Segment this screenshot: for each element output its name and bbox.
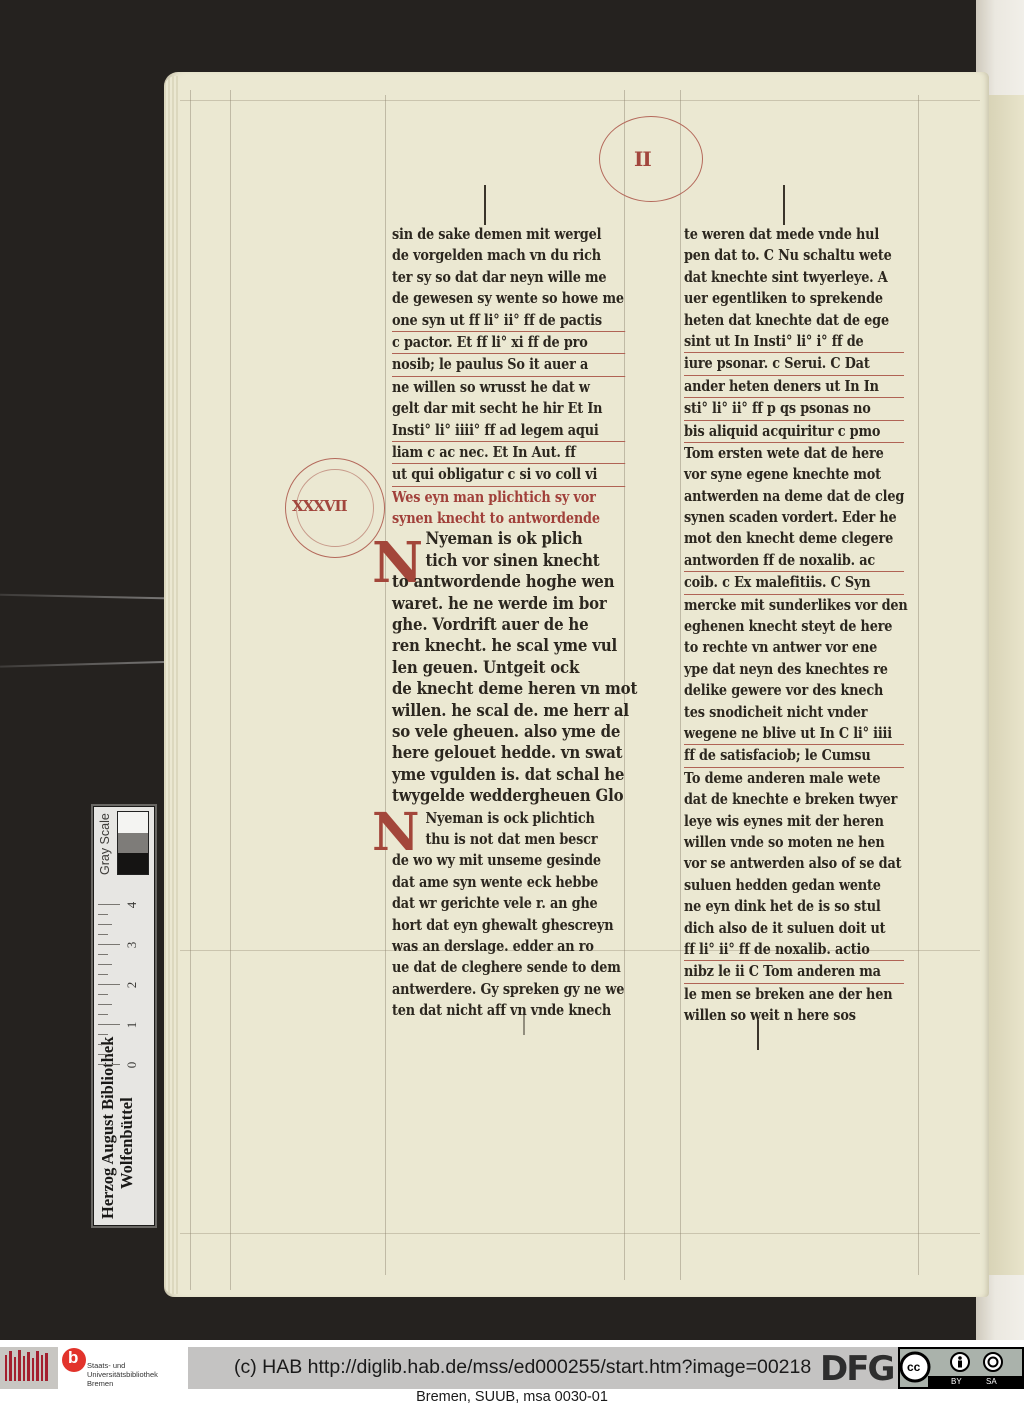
ascender-flourish — [484, 185, 486, 225]
text-line: pen dat to. C Nu schaltu wete — [684, 245, 904, 266]
ruler-ticks: 0 1 2 3 4 — [98, 865, 120, 1065]
folio-numeral: II — [634, 147, 651, 171]
color-target-ruler: Herzog August Bibliothek Wolfenbüttel — [93, 806, 155, 1226]
text-line: te weren dat mede vnde hul — [684, 224, 904, 245]
ruler-number: 2 — [124, 982, 140, 989]
text-line: antwerden na deme dat de cleg — [684, 486, 904, 507]
text-line: mot den knecht deme clegere — [684, 528, 904, 549]
text-line: here gelouet hedde. vn swat — [392, 743, 625, 764]
right-text-column: te weren dat mede vnde hul pen dat to. C… — [684, 224, 904, 1026]
text-line: thu is not dat men bescr — [392, 829, 625, 850]
rubric-heading-line: Wes eyn man plichtich sy vor — [392, 487, 625, 508]
ruling-line — [230, 90, 231, 1290]
ruler-number: 4 — [124, 902, 140, 909]
text-line: ff li° ii° ff de noxalib. actio — [684, 939, 904, 961]
text-line: ghe. Vordrift auer de he — [392, 615, 625, 636]
text-line: sti° li° ii° ff p qs psonas no — [684, 398, 904, 420]
text-line: ren knecht. he scal yme vul — [392, 636, 625, 657]
text-line: to rechte vn antwer vor ene — [684, 637, 904, 658]
text-line: To deme anderen male wete — [684, 768, 904, 789]
text-line: Nyeman is ock plichtich — [392, 808, 625, 829]
text-line: gelt dar mit secht he hir Et In — [392, 398, 625, 419]
text-line: iure psonar. c Serui. C Dat — [684, 353, 904, 375]
text-line: so vele gheuen. also yme de — [392, 722, 625, 743]
text-line: ut qui obligatur c si vo coll vi — [392, 464, 625, 486]
page-fore-edge — [164, 76, 178, 1294]
copyright-url-bar: (c) HAB http://diglib.hab.de/mss/ed00025… — [188, 1347, 814, 1389]
institution-city: Wolfenbüttel — [117, 1097, 137, 1189]
text-line: ne willen so wrusst he dat w — [392, 377, 625, 398]
text-line: le men se breken ane der hen — [684, 984, 904, 1005]
text-line: de wo wy mit unseme gesinde — [392, 850, 625, 871]
text-line: Insti° li° iiii° ff ad legem aqui — [392, 420, 625, 442]
text-line: wegene ne blive ut In C li° iiii — [684, 723, 904, 745]
cc-by-sa-license-badge[interactable]: cc BY SA — [898, 1347, 1024, 1389]
text-line: coib. c Ex malefitiis. C Syn — [684, 572, 904, 594]
text-line: delike gewere vor des knech — [684, 680, 904, 701]
suub-name: Bremen — [87, 1379, 113, 1388]
copyright-link[interactable]: (c) HAB http://diglib.hab.de/mss/ed00025… — [234, 1356, 811, 1379]
suub-bremen-logo[interactable]: b Staats- und Universitätsbibliothek Bre… — [60, 1347, 188, 1389]
chapter-numeral: XXXVII — [292, 497, 347, 515]
text-line: ype dat neyn des knechtes re — [684, 659, 904, 680]
text-line: ander heten deners ut In In — [684, 376, 904, 398]
text-line: twygelde weddergheuen Glo — [392, 786, 625, 807]
text-line: dat de knechte e breken twyer — [684, 789, 904, 810]
text-line: vor syne egene knechte mot — [684, 464, 904, 485]
text-line: ue dat de cleghere sende to dem — [392, 957, 625, 978]
text-line: was an derslage. edder an ro — [392, 936, 625, 957]
text-line: c pactor. Et ff li° xi ff de pro — [392, 332, 625, 354]
ruling-line — [385, 95, 386, 1275]
text-line: ne eyn dink het de is so stul — [684, 896, 904, 917]
dfg-wordmark: DFG — [820, 1349, 893, 1389]
facing-page-edge — [986, 95, 1024, 1275]
text-line: de gewesen sy wente so howe me — [392, 288, 625, 309]
text-line: antworden ff de noxalib. ac — [684, 550, 904, 572]
text-line: sin de sake demen mit wergel — [392, 224, 625, 245]
chapter-number-circle: XXXVII — [285, 458, 385, 558]
cc-by-label: BY — [951, 1377, 962, 1386]
text-line: liam c ac nec. Et In Aut. ff — [392, 442, 625, 464]
ruling-line — [180, 1233, 980, 1234]
ruler-number: 0 — [124, 1062, 140, 1069]
text-line: leye wis eynes mit der heren — [684, 811, 904, 832]
text-line: bis aliquid acquiritur c pmo — [684, 421, 904, 443]
left-text-column: sin de sake demen mit wergel de vorgelde… — [392, 224, 625, 1021]
text-line: willen vnde so moten ne hen — [684, 832, 904, 853]
text-line: willen so weit n here sos — [684, 1005, 904, 1026]
text-line: de vorgelden mach vn du rich — [392, 245, 625, 266]
text-line: vor se antwerden also of se dat — [684, 853, 904, 874]
text-line: ff de satisfaciob; le Cumsu — [684, 745, 904, 767]
barcode-logo-icon — [0, 1347, 58, 1389]
text-line: tich vor sinen knecht — [392, 551, 625, 572]
ruler-number: 1 — [124, 1022, 140, 1029]
text-line: sint ut In Insti° li° i° ff de — [684, 331, 904, 353]
text-line: uer egentliken to sprekende — [684, 288, 904, 309]
text-line: Tom ersten wete dat de here — [684, 443, 904, 464]
text-line: waret. he ne werde im bor — [392, 594, 625, 615]
text-line: suluen hedden gedan wente — [684, 875, 904, 896]
text-line: to antwordende hoghe wen — [392, 572, 625, 593]
ascender-flourish — [783, 185, 785, 225]
text-line: heten dat knechte dat de ege — [684, 310, 904, 331]
ruling-line — [190, 90, 191, 1290]
manuscript-scan: II XXXVII N N sin de sake demen mit werg… — [0, 0, 1024, 1340]
text-line: synen scaden vordert. Eder he — [684, 507, 904, 528]
text-line: ter sy so dat dar neyn wille me — [392, 267, 625, 288]
text-line: dich also de it suluen doit ut — [684, 918, 904, 939]
text-line: one syn ut ff li° ii° ff de pactis — [392, 310, 625, 332]
text-line: de knecht deme heren vn mot — [392, 679, 625, 700]
text-line: nosib; le paulus So it auer a — [392, 354, 625, 376]
ruling-line — [680, 90, 681, 1280]
text-line: ten dat nicht aff vn vnde knech — [392, 1000, 625, 1021]
rubric-heading-line: synen knecht to antwordende — [392, 508, 625, 529]
suub-name: Staats- und — [87, 1361, 125, 1370]
text-line: willen. he scal de. me herr al — [392, 701, 625, 722]
text-line: dat wr gerichte vele r. an ghe — [392, 893, 625, 914]
cc-badge-text: cc — [907, 1360, 920, 1374]
suub-name: Universitätsbibliothek — [87, 1370, 158, 1379]
text-line: dat ame syn wente eck hebbe — [392, 872, 625, 893]
suub-letter: b — [68, 1348, 78, 1368]
text-line: mercke mit sunderlikes vor den — [684, 595, 904, 616]
text-line: len geuen. Untgeit ock — [392, 658, 625, 679]
text-line: tes snodicheit nicht vnder — [684, 702, 904, 723]
text-line: Nyeman is ok plich — [392, 529, 625, 550]
digital-library-barcode-logo[interactable] — [0, 1347, 58, 1389]
footer-bar: b Staats- und Universitätsbibliothek Bre… — [0, 1347, 1024, 1389]
text-line: antwerdere. Gy spreken gy ne we — [392, 979, 625, 1000]
text-line: hort dat eyn ghewalt ghescreyn — [392, 915, 625, 936]
text-line: yme vgulden is. dat schal he — [392, 765, 625, 786]
ruling-line — [918, 95, 919, 1275]
shelfmark-caption: Bremen, SUUB, msa 0030-01 — [0, 1389, 1024, 1405]
text-line: eghenen knecht steyt de here — [684, 616, 904, 637]
ruling-line — [180, 100, 980, 101]
folio-number-circle: II — [599, 116, 703, 202]
dfg-logo[interactable]: DFG — [814, 1347, 898, 1389]
gray-scale-label: Gray Scale — [98, 813, 112, 875]
text-line: dat knechte sint twyerleye. A — [684, 267, 904, 288]
text-line: nibz le ii C Tom anderen ma — [684, 961, 904, 983]
gray-scale-swatches — [117, 811, 149, 875]
ruler-number: 3 — [124, 942, 140, 949]
cc-sa-label: SA — [986, 1377, 997, 1386]
